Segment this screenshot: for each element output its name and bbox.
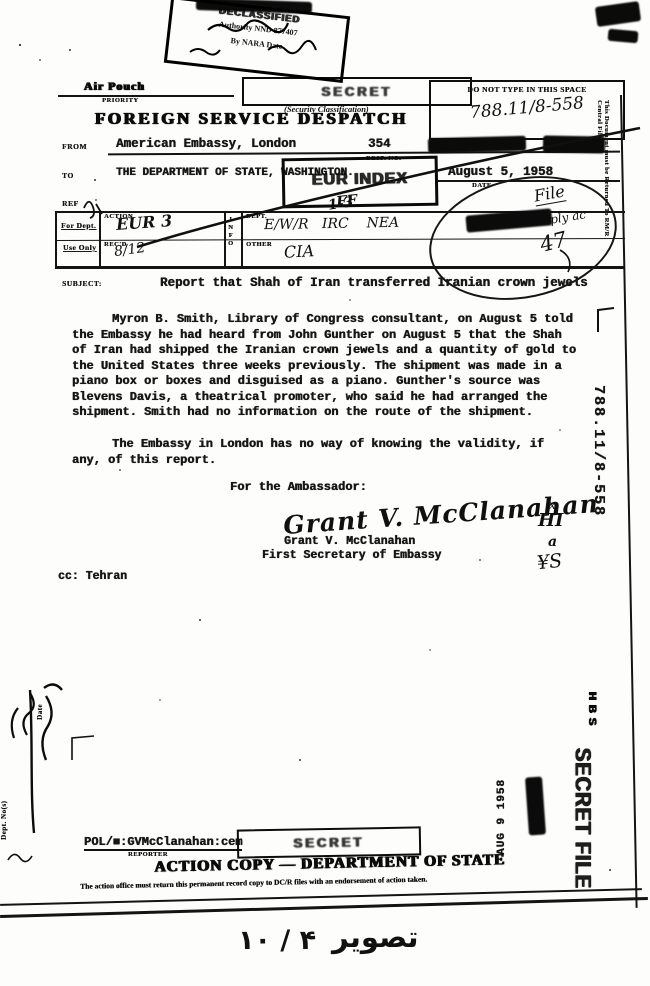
ref-label: REF xyxy=(62,199,79,208)
page-border-right xyxy=(620,95,637,908)
body-paragraph-1: Myron B. Smith, Library of Congress cons… xyxy=(72,312,578,421)
from-label: FROM xyxy=(62,142,87,151)
ink-smudge xyxy=(595,1,641,27)
dept-use-label-1: For Dept. xyxy=(61,221,96,230)
ink-smudge xyxy=(428,136,526,154)
recd-handwriting: 8/12 xyxy=(113,240,146,260)
grid-line xyxy=(241,211,243,267)
hbs-vertical: HBS xyxy=(586,692,598,752)
date-label-vertical: Date xyxy=(36,690,44,720)
file-number-handwritten: 788.11/8-558 xyxy=(430,90,623,127)
secret-stamp-text: SECRET xyxy=(293,834,364,850)
grid-line xyxy=(99,211,101,267)
signer-typed-title: First Secretary of Embassy xyxy=(262,549,441,562)
reporter-label: REPORTER xyxy=(128,851,168,858)
ink-smudge xyxy=(543,135,605,153)
info-label: INFO xyxy=(227,216,234,264)
pouch-type-label: Air Pouch xyxy=(84,79,145,94)
body-paragraph-2: The Embassy in London has no way of know… xyxy=(72,437,578,468)
other-handwriting: CIA xyxy=(284,241,315,262)
cc-line: cc: Tehran xyxy=(58,570,127,583)
closing-line: For the Ambassador: xyxy=(230,480,367,494)
margin-note-hw: ¥S xyxy=(536,550,563,575)
dept-handwriting: E/W/R IRC NEA xyxy=(264,215,399,233)
dept-use-label-2: Use Only xyxy=(63,243,96,252)
eur-index-handwriting: FF xyxy=(335,191,358,211)
signer-typed-name: Grant V. McClanahan xyxy=(284,535,415,548)
action-handwriting: EUR 3 xyxy=(115,211,172,234)
scanned-despatch-page: DECLASSIFIED Authority NND 877407 By NAR… xyxy=(0,0,650,986)
ink-smudge xyxy=(608,29,639,44)
eur-index-stamp: EUR INDEX xyxy=(282,156,439,209)
footer-rule xyxy=(0,888,642,906)
handwritten-scrawl xyxy=(12,693,34,738)
subject-label: SUBJECT: xyxy=(62,279,102,288)
illegible-stamp xyxy=(525,776,546,835)
margin-note-hw: HI xyxy=(538,510,563,531)
secret-file-stamp-vertical: SECRET FILE xyxy=(569,748,594,908)
caption-word: تصوير xyxy=(332,920,419,954)
caption-figure-number: ۱۰ / ۴ xyxy=(238,925,316,956)
to-label: TO xyxy=(62,171,74,180)
file-number-vertical: 788.11/8-558 xyxy=(590,385,607,575)
handwritten-scrawl xyxy=(42,684,62,760)
corner-bracket-mark xyxy=(598,308,614,332)
date-received-stamp-vertical: AUG 9 1958 xyxy=(496,775,508,855)
other-label: OTHER xyxy=(246,241,272,248)
pouch-underline xyxy=(58,95,234,97)
despatch-number: 354 xyxy=(368,137,391,151)
grid-line xyxy=(55,211,57,267)
handwritten-scrawl xyxy=(8,854,32,861)
margin-note-hw: a xyxy=(548,534,557,550)
declassified-stamp: DECLASSIFIED Authority NND 877407 By NAR… xyxy=(164,0,350,83)
dept-nos-label-vertical: Dept. No(s) xyxy=(0,760,8,840)
classification-stamp: SECRET xyxy=(322,84,393,99)
handwritten-scrawl xyxy=(30,690,34,833)
footer-rule xyxy=(0,897,648,918)
despatch-title: FOREIGN SERVICE DESPATCH xyxy=(95,109,408,129)
drafter-line: POL/■:GVMcClanahan:cem xyxy=(84,835,242,851)
grid-line xyxy=(224,211,226,267)
corner-bracket-mark xyxy=(72,736,94,760)
priority-label: PRIORITY xyxy=(102,97,139,104)
eur-index-stamp-text: EUR INDEX xyxy=(312,170,408,189)
from-value: American Embassy, London xyxy=(116,137,296,151)
